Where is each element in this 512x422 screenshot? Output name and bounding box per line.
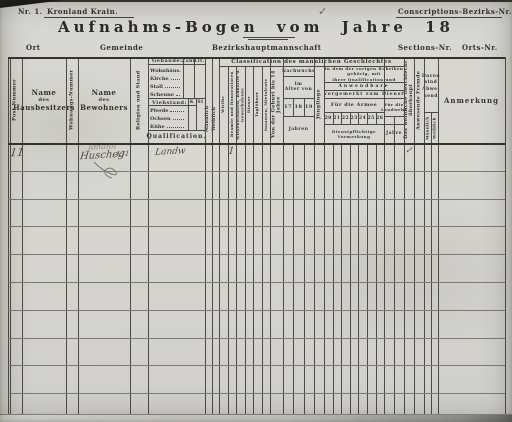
grid-line: [367, 112, 368, 124]
grid-line: [148, 98, 205, 99]
col-weiblich: Weiblich: [212, 95, 219, 143]
header-number-cell: 22: [341, 112, 350, 124]
grid-line: [196, 98, 197, 130]
bezirk-label: Bezirkshauptmannschaft: [212, 43, 322, 52]
hausbesitzer-line1: Name: [32, 88, 57, 97]
classification-column-label: Diener: [245, 68, 254, 141]
bewohner-line3: Bewohners: [80, 103, 128, 112]
classification-column-label: Insassen, Mietsleute: [262, 68, 271, 141]
conscription-label: Conscriptions-Bezirks-Nr.: [398, 7, 512, 16]
rubriken-line2: ihrer Qualification und: [332, 77, 395, 82]
grid-line: [293, 98, 294, 116]
grid-line: [304, 98, 305, 116]
dotted-leader: [173, 113, 184, 120]
col-hausbesitzer: Name des Hausbesitzers: [22, 78, 66, 122]
abwesend-line2: sind: [425, 80, 438, 87]
header-number-cell: 26: [376, 112, 384, 124]
classification-column-label: Wirthe: [219, 68, 228, 141]
ort-label: Ort: [26, 43, 41, 52]
grid-line: [8, 171, 505, 172]
grid-line: [148, 130, 205, 131]
kronland-label: Kronland Krain.: [47, 7, 118, 16]
section-label: Sections-Nr.: [398, 43, 452, 52]
form-number: Nr. 1.: [18, 7, 43, 16]
grid-line: [8, 365, 505, 366]
grid-line: [333, 112, 334, 124]
entry-weiblich-mark: ✓: [404, 146, 413, 156]
grid-line: [262, 66, 263, 143]
col-anwesende-fremde: Anwesende Fremde: [414, 60, 424, 140]
col-religion-stand: Religion und Stand: [130, 60, 148, 140]
grid-line: [283, 116, 314, 117]
dotted-leader: [165, 81, 180, 88]
grid-line: [424, 112, 438, 113]
alter-line2: Alter von: [285, 87, 312, 92]
nachwuchs-title: Nachwuchs: [283, 66, 314, 76]
grid-line: [8, 199, 505, 200]
dotted-leader: [176, 89, 180, 96]
title-underline-2: [248, 39, 288, 40]
grid-line: [8, 143, 505, 145]
classification-column-label: Wissenschaften, Künstler u. Gewerbsleute: [236, 68, 245, 141]
gemeinde-label: Gemeinde: [100, 43, 143, 52]
header-number-cell: 23: [350, 112, 359, 124]
entry-qualification: Landw: [154, 146, 186, 158]
nachwuchs-alter: Im Alter von: [283, 77, 314, 97]
dotted-leader: [167, 121, 184, 128]
grid-line: [148, 105, 196, 106]
classification-column-label: Taglöhner: [253, 68, 262, 141]
header-number-cell: 21: [333, 112, 342, 124]
grid-line: [350, 112, 351, 124]
entry-bewohner-number: 131: [116, 150, 130, 159]
grid-line: [431, 112, 432, 143]
photo-top-edge: [0, 0, 512, 2]
armee-bottom-label: Dienstpflichtige Vormerkung: [324, 124, 384, 143]
grid-line: [394, 116, 395, 143]
dotted-leader: [171, 73, 180, 80]
abwesend-line4: send: [424, 94, 438, 101]
grid-line: [324, 112, 384, 113]
ortsnr-label: Orts-Nr.: [462, 43, 498, 52]
grid-line: [245, 66, 246, 143]
vorgemerkt-label: Vorgemerkt zum Dienst: [324, 90, 404, 98]
grid-line: [8, 254, 505, 255]
abwesend-title: Davon sind Abwe- send: [424, 62, 438, 112]
header-number-cell: 19: [304, 98, 314, 116]
grid-line: [358, 112, 359, 124]
grid-line: [324, 124, 404, 125]
grid-line: [376, 112, 377, 124]
title-underline-1: [243, 37, 295, 38]
rubriken-note: In dem der vorigen Rubriken gehörig, mit…: [324, 66, 404, 82]
page-title: Aufnahms-Bogen vom Jahre 18: [0, 18, 512, 36]
grid-line: [219, 66, 404, 67]
dotted-leader: [170, 105, 184, 112]
armee-label: Für die Armee: [324, 98, 384, 112]
col-wohnungs-nummer: Wohnungs-Nummer: [66, 60, 78, 140]
anwendbare-label: Anwendbare: [324, 82, 404, 90]
header-number-cell: 25: [367, 112, 376, 124]
grid-line: [324, 98, 404, 99]
grid-line: [188, 98, 189, 130]
form-line-item: Kühe: [150, 122, 186, 130]
nachwuchs-jahren: Jahren: [283, 118, 314, 140]
grid-line: [341, 112, 342, 124]
anmerkung-label: Anmerkung: [438, 57, 505, 143]
grid-line: [324, 90, 404, 91]
grid-line: [8, 226, 505, 227]
col-weibliches-geschlecht: Das weibliche Geschlecht überhaupt: [404, 60, 414, 140]
grid-line: [384, 116, 404, 117]
header-number-cell: 18: [293, 98, 303, 116]
pencil-check-icon: ✓: [318, 5, 327, 18]
header-number-cell: 24: [358, 112, 367, 124]
grid-line: [228, 66, 229, 143]
grid-line: [8, 393, 505, 394]
qualification-label: Qualification.: [148, 130, 205, 143]
grid-line: [148, 64, 205, 65]
form-line-item: Scheune: [150, 90, 182, 98]
col-bewohner: Name des Bewohners: [78, 78, 130, 122]
grid-line: [8, 338, 505, 339]
grid-line: [10, 57, 11, 421]
grid-line: [283, 98, 314, 99]
scanned-census-form: Nr. 1. Kronland Krain. Conscriptions-Bez…: [0, 0, 512, 422]
vieh-st: St: [196, 99, 205, 105]
grid-line: [8, 57, 505, 59]
grid-line: [283, 76, 314, 77]
abwesend-maennlich: Männlich: [424, 114, 431, 142]
bewohner-line1: Name: [92, 88, 117, 97]
col-maennlich: Männlich: [205, 95, 212, 143]
grid-line: [505, 143, 506, 421]
grid-line: [253, 66, 254, 143]
col-geburt-bis-14: Von der Geburt bis 14 Jahre: [270, 66, 283, 143]
grid-line: [8, 282, 505, 283]
grid-line: [324, 82, 404, 83]
header-number-cell: 20: [324, 112, 333, 124]
grid-line: [8, 310, 505, 311]
col-juenglinge: Jünglinge: [314, 66, 324, 143]
landwehr-label: Für die Landwehr: [384, 98, 404, 116]
abwesend-weiblich: Weiblich: [431, 114, 438, 142]
rubriken-line1: In dem der vorigen Rubriken gehörig, mit: [324, 66, 404, 76]
header-number-cell: 17: [283, 98, 293, 116]
paper-bottom-edge: [0, 414, 512, 422]
grid-line: [236, 66, 237, 143]
